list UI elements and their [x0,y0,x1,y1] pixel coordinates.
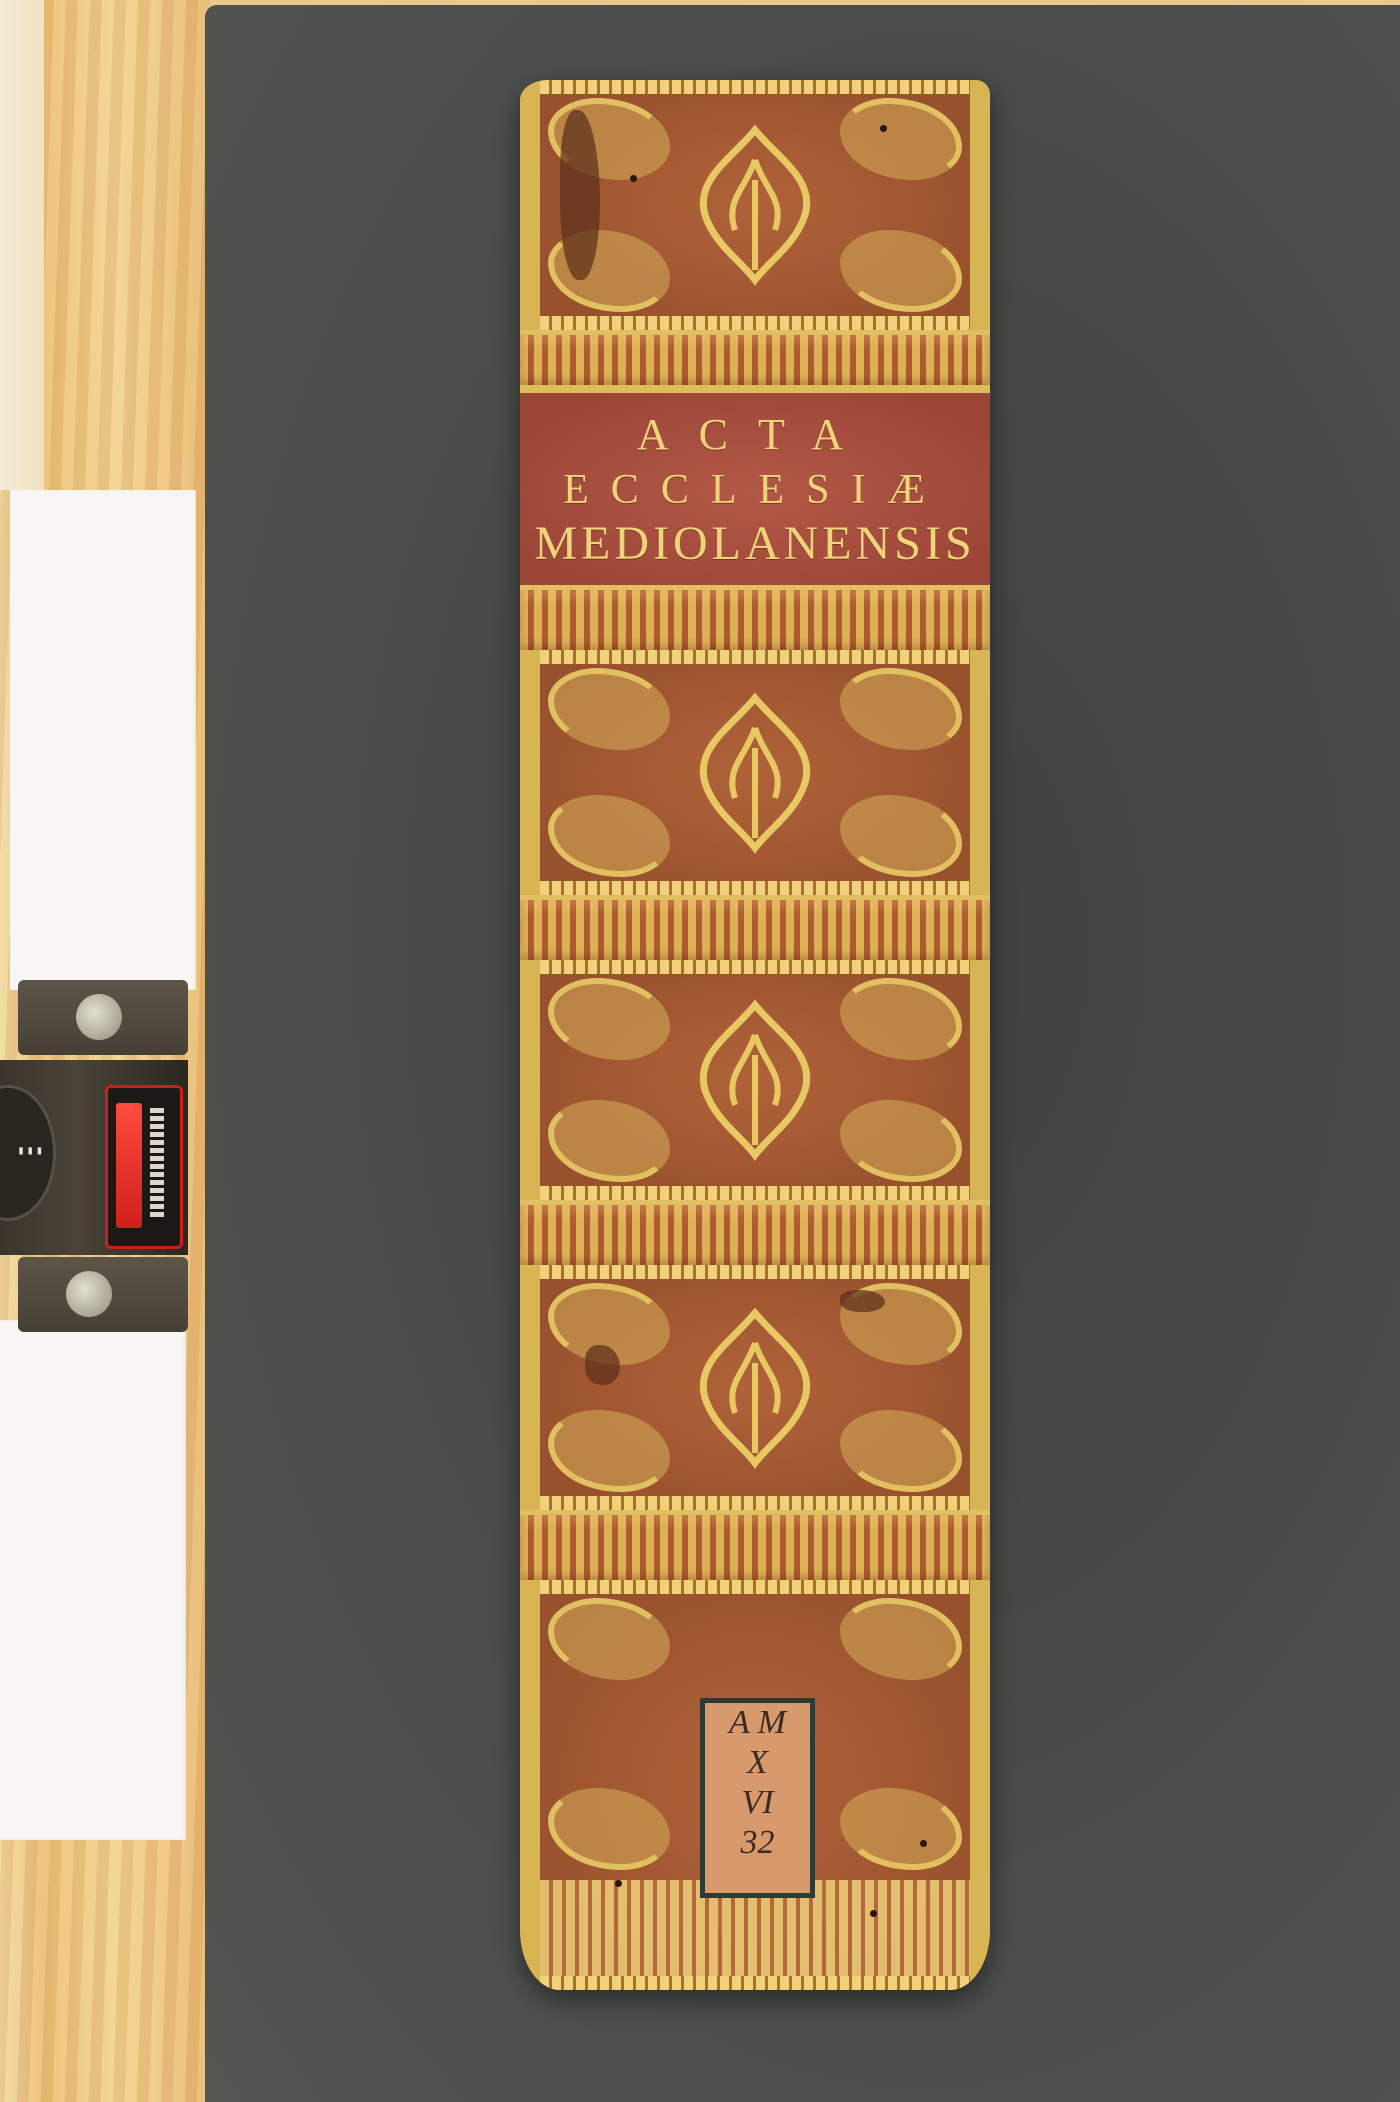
gilt-corner-ornament-icon [840,1788,962,1870]
title-label: ACTA ECCLESIÆ MEDIOLANENSIS [520,385,990,601]
gilt-corner-ornament-icon [840,1100,962,1182]
raised-band-2 [520,585,990,660]
gilt-corner-ornament-icon [840,230,962,312]
gilt-corner-ornament-icon [548,1598,670,1680]
gilt-corner-ornament-icon [548,795,670,877]
leather-stain [840,1290,885,1312]
gilt-fleuron-icon [685,120,825,290]
wormhole [630,175,637,182]
white-paper-sheet-lower [0,1320,186,1840]
white-paper-sheet-upper [10,490,196,990]
screw-icon [76,994,122,1040]
wormhole [920,1840,927,1847]
gilt-corner-ornament-icon [840,98,962,180]
gilt-corner-ornament-icon [548,1410,670,1492]
wormhole [880,125,887,132]
leather-stain [585,1345,620,1385]
shelfmark-line-3: VI [705,1783,810,1823]
clamp-plate-bottom [18,1257,188,1332]
shelfmark-line-1: A M [705,1703,810,1743]
gilt-fleuron-icon [685,688,825,858]
title-line-2: ECCLESIÆ [520,466,990,514]
dial-ticks: ▮▮▮ [17,1143,45,1157]
raised-band-3 [520,895,990,970]
book-spine: ACTA ECCLESIÆ MEDIOLANENSIS [520,80,990,1990]
screw-icon [66,1271,112,1317]
clamp-brand-label [105,1085,183,1249]
title-line-1: ACTA [520,393,990,460]
title-line-3: MEDIOLANENSIS [520,516,990,571]
raised-band-4 [520,1200,990,1275]
gilt-corner-ornament-icon [548,668,670,750]
gilt-corner-ornament-icon [548,978,670,1060]
raised-band-5 [520,1510,990,1590]
gilt-corner-ornament-icon [840,1598,962,1680]
spine-panel-4 [520,1265,990,1510]
gilt-corner-ornament-icon [840,668,962,750]
spine-panel-2 [520,650,990,895]
wormhole [870,1910,877,1917]
spine-panel-3 [520,960,990,1200]
gilt-corner-ornament-icon [548,1788,670,1870]
gilt-fleuron-icon [685,1303,825,1473]
red-label-strip [116,1103,142,1228]
wormhole [615,1880,622,1887]
dial-gauge-icon: ▮▮▮ [0,1085,56,1221]
gilt-corner-ornament-icon [840,1410,962,1492]
clamp-plate-top [18,980,188,1055]
paper-strip-top-left [0,0,44,490]
shelfmark-line-4: 32 [705,1823,810,1863]
gilt-corner-ornament-icon [548,1100,670,1182]
spine-panel-1 [520,80,990,330]
shelfmark-label: A M X VI 32 [700,1698,815,1898]
shelfmark-line-2: X [705,1743,810,1783]
clamp-body: ▮▮▮ [0,1060,188,1255]
book-clamp-device: ▮▮▮ [0,975,188,1335]
gilt-corner-ornament-icon [840,978,962,1060]
gilt-corner-ornament-icon [840,795,962,877]
gilt-fleuron-icon [685,995,825,1165]
label-text-strip [150,1108,164,1218]
